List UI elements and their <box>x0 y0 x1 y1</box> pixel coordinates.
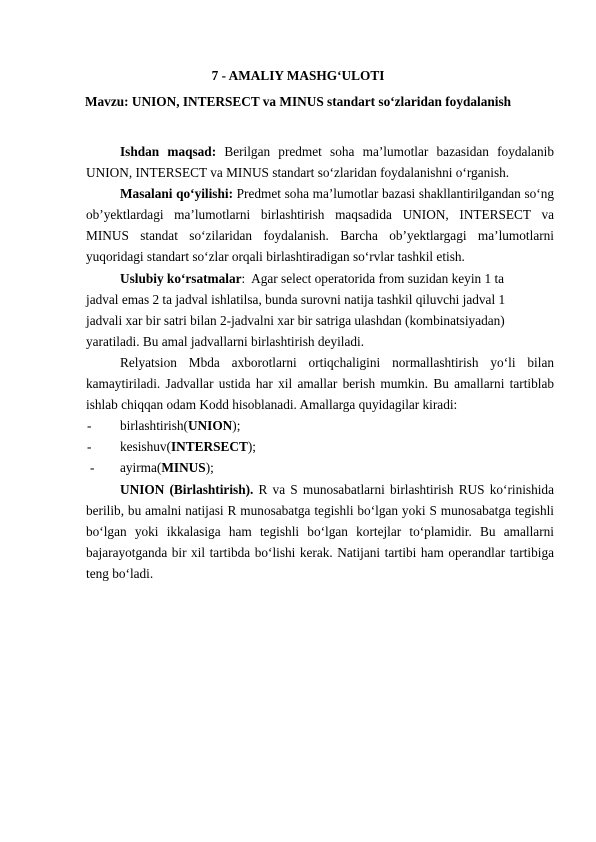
page-subtitle: Mavzu: UNION, INTERSECT va MINUS standar… <box>0 94 596 110</box>
guide-line: yaratiladi. Bu amal jadvallarni birlasht… <box>86 331 554 352</box>
keyword: INTERSECT <box>171 439 248 454</box>
page-title: 7 - AMALIY MASHG‘ULOTI <box>0 68 596 84</box>
list-item: - ayirma(MINUS); <box>86 457 554 478</box>
relational-paragraph: Relyatsion Mbda axborotlarni ortiqchalig… <box>86 352 554 415</box>
list-item: - birlashtirish(UNION); <box>86 415 554 436</box>
list-item: - kesishuv(INTERSECT); <box>86 436 554 457</box>
list-dash: - <box>87 415 91 436</box>
task-paragraph: Masalani qo‘yilishi: Predmet soha ma’lum… <box>86 183 554 267</box>
list-dash: - <box>87 436 91 457</box>
union-label: UNION (Birlashtirish). <box>120 482 253 497</box>
goal-label: Ishdan maqsad: <box>120 144 216 159</box>
guide-line: jadvali xar bir satri bilan 2-jadvalni x… <box>86 310 554 331</box>
guide-paragraph: Uslubiy ko‘rsatmalar: Agar select operat… <box>86 268 554 352</box>
guide-label: Uslubiy ko‘rsatmalar <box>120 271 242 286</box>
keyword: MINUS <box>161 460 205 475</box>
guide-line: Agar select operatorida from suzidan key… <box>251 271 504 286</box>
list-dash: - <box>90 457 94 478</box>
task-label: Masalani qo‘yilishi: <box>120 186 233 201</box>
guide-line: jadval emas 2 ta jadval ishlatilsa, bund… <box>86 289 554 310</box>
document-page: 7 - AMALIY MASHG‘ULOTI Mavzu: UNION, INT… <box>0 0 596 842</box>
relational-text: Relyatsion Mbda axborotlarni ortiqchalig… <box>86 355 554 412</box>
union-paragraph: UNION (Birlashtirish). R va S munosabatl… <box>86 479 554 584</box>
operations-list: - birlashtirish(UNION); - kesishuv(INTER… <box>86 415 554 478</box>
goal-paragraph: Ishdan maqsad: Berilgan predmet soha ma’… <box>86 141 554 183</box>
keyword: UNION <box>188 418 232 433</box>
document-body: Ishdan maqsad: Berilgan predmet soha ma’… <box>86 141 554 584</box>
